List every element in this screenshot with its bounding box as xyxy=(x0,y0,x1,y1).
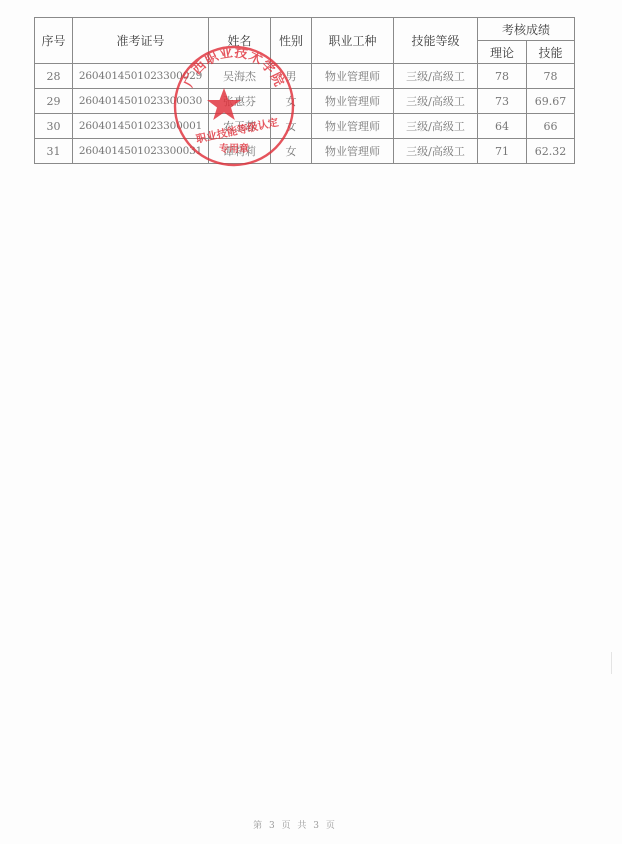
cell-gender: 女 xyxy=(271,114,312,139)
cell-skill: 69.67 xyxy=(527,89,575,114)
cell-gender: 男 xyxy=(271,64,312,89)
header-score-group: 考核成绩 xyxy=(478,18,575,41)
cell-skill: 66 xyxy=(527,114,575,139)
cell-theory: 78 xyxy=(478,64,527,89)
cell-skill-level: 三级/高级工 xyxy=(394,89,478,114)
cell-skill: 78 xyxy=(527,64,575,89)
header-skill: 技能 xyxy=(527,41,575,64)
cell-occupation: 物业管理师 xyxy=(312,64,394,89)
header-gender: 性别 xyxy=(271,18,312,64)
document-page: 序号 准考证号 姓名 性别 职业工种 技能等级 考核成绩 理论 技能 28 26… xyxy=(0,0,622,844)
cell-cert-no: 2604014501023300001 xyxy=(73,114,209,139)
cell-gender: 女 xyxy=(271,139,312,164)
cell-seq: 28 xyxy=(35,64,73,89)
table-row: 29 2604014501023300030 张惠芬 女 物业管理师 三级/高级… xyxy=(35,89,575,114)
header-name: 姓名 xyxy=(209,18,271,64)
cell-occupation: 物业管理师 xyxy=(312,89,394,114)
cell-skill-level: 三级/高级工 xyxy=(394,64,478,89)
cell-theory: 73 xyxy=(478,89,527,114)
header-occupation: 职业工种 xyxy=(312,18,394,64)
table-row: 28 260401450102330002​9 吴海杰 男 物业管理师 三级/高… xyxy=(35,64,575,89)
header-seq: 序号 xyxy=(35,18,73,64)
cell-cert-no: 2604014501023300031 xyxy=(73,139,209,164)
cell-skill-level: 三级/高级工 xyxy=(394,139,478,164)
cell-name: 张惠芬 xyxy=(209,89,271,114)
cell-seq: 30 xyxy=(35,114,73,139)
cell-seq: 31 xyxy=(35,139,73,164)
header-row: 序号 准考证号 姓名 性别 职业工种 技能等级 考核成绩 xyxy=(35,18,575,41)
cell-gender: 女 xyxy=(271,89,312,114)
cell-name: 农玉蓉 xyxy=(209,114,271,139)
cell-skill: 62.32 xyxy=(527,139,575,164)
cell-cert-no: 260401450102330002​9 xyxy=(73,64,209,89)
score-table: 序号 准考证号 姓名 性别 职业工种 技能等级 考核成绩 理论 技能 28 26… xyxy=(34,17,575,164)
scan-edge-mark xyxy=(611,652,612,674)
header-theory: 理论 xyxy=(478,41,527,64)
cell-occupation: 物业管理师 xyxy=(312,114,394,139)
table-row: 30 2604014501023300001 农玉蓉 女 物业管理师 三级/高级… xyxy=(35,114,575,139)
cell-seq: 29 xyxy=(35,89,73,114)
header-skill-level: 技能等级 xyxy=(394,18,478,64)
cell-theory: 64 xyxy=(478,114,527,139)
cell-skill-level: 三级/高级工 xyxy=(394,114,478,139)
cell-occupation: 物业管理师 xyxy=(312,139,394,164)
table-row: 31 2604014501023300031 谭莉莉 女 物业管理师 三级/高级… xyxy=(35,139,575,164)
page-footer: 第 3 页 共 3 页 xyxy=(0,818,590,831)
header-cert-no: 准考证号 xyxy=(73,18,209,64)
cell-theory: 71 xyxy=(478,139,527,164)
cell-cert-no: 2604014501023300030 xyxy=(73,89,209,114)
cell-name: 谭莉莉 xyxy=(209,139,271,164)
cell-name: 吴海杰 xyxy=(209,64,271,89)
